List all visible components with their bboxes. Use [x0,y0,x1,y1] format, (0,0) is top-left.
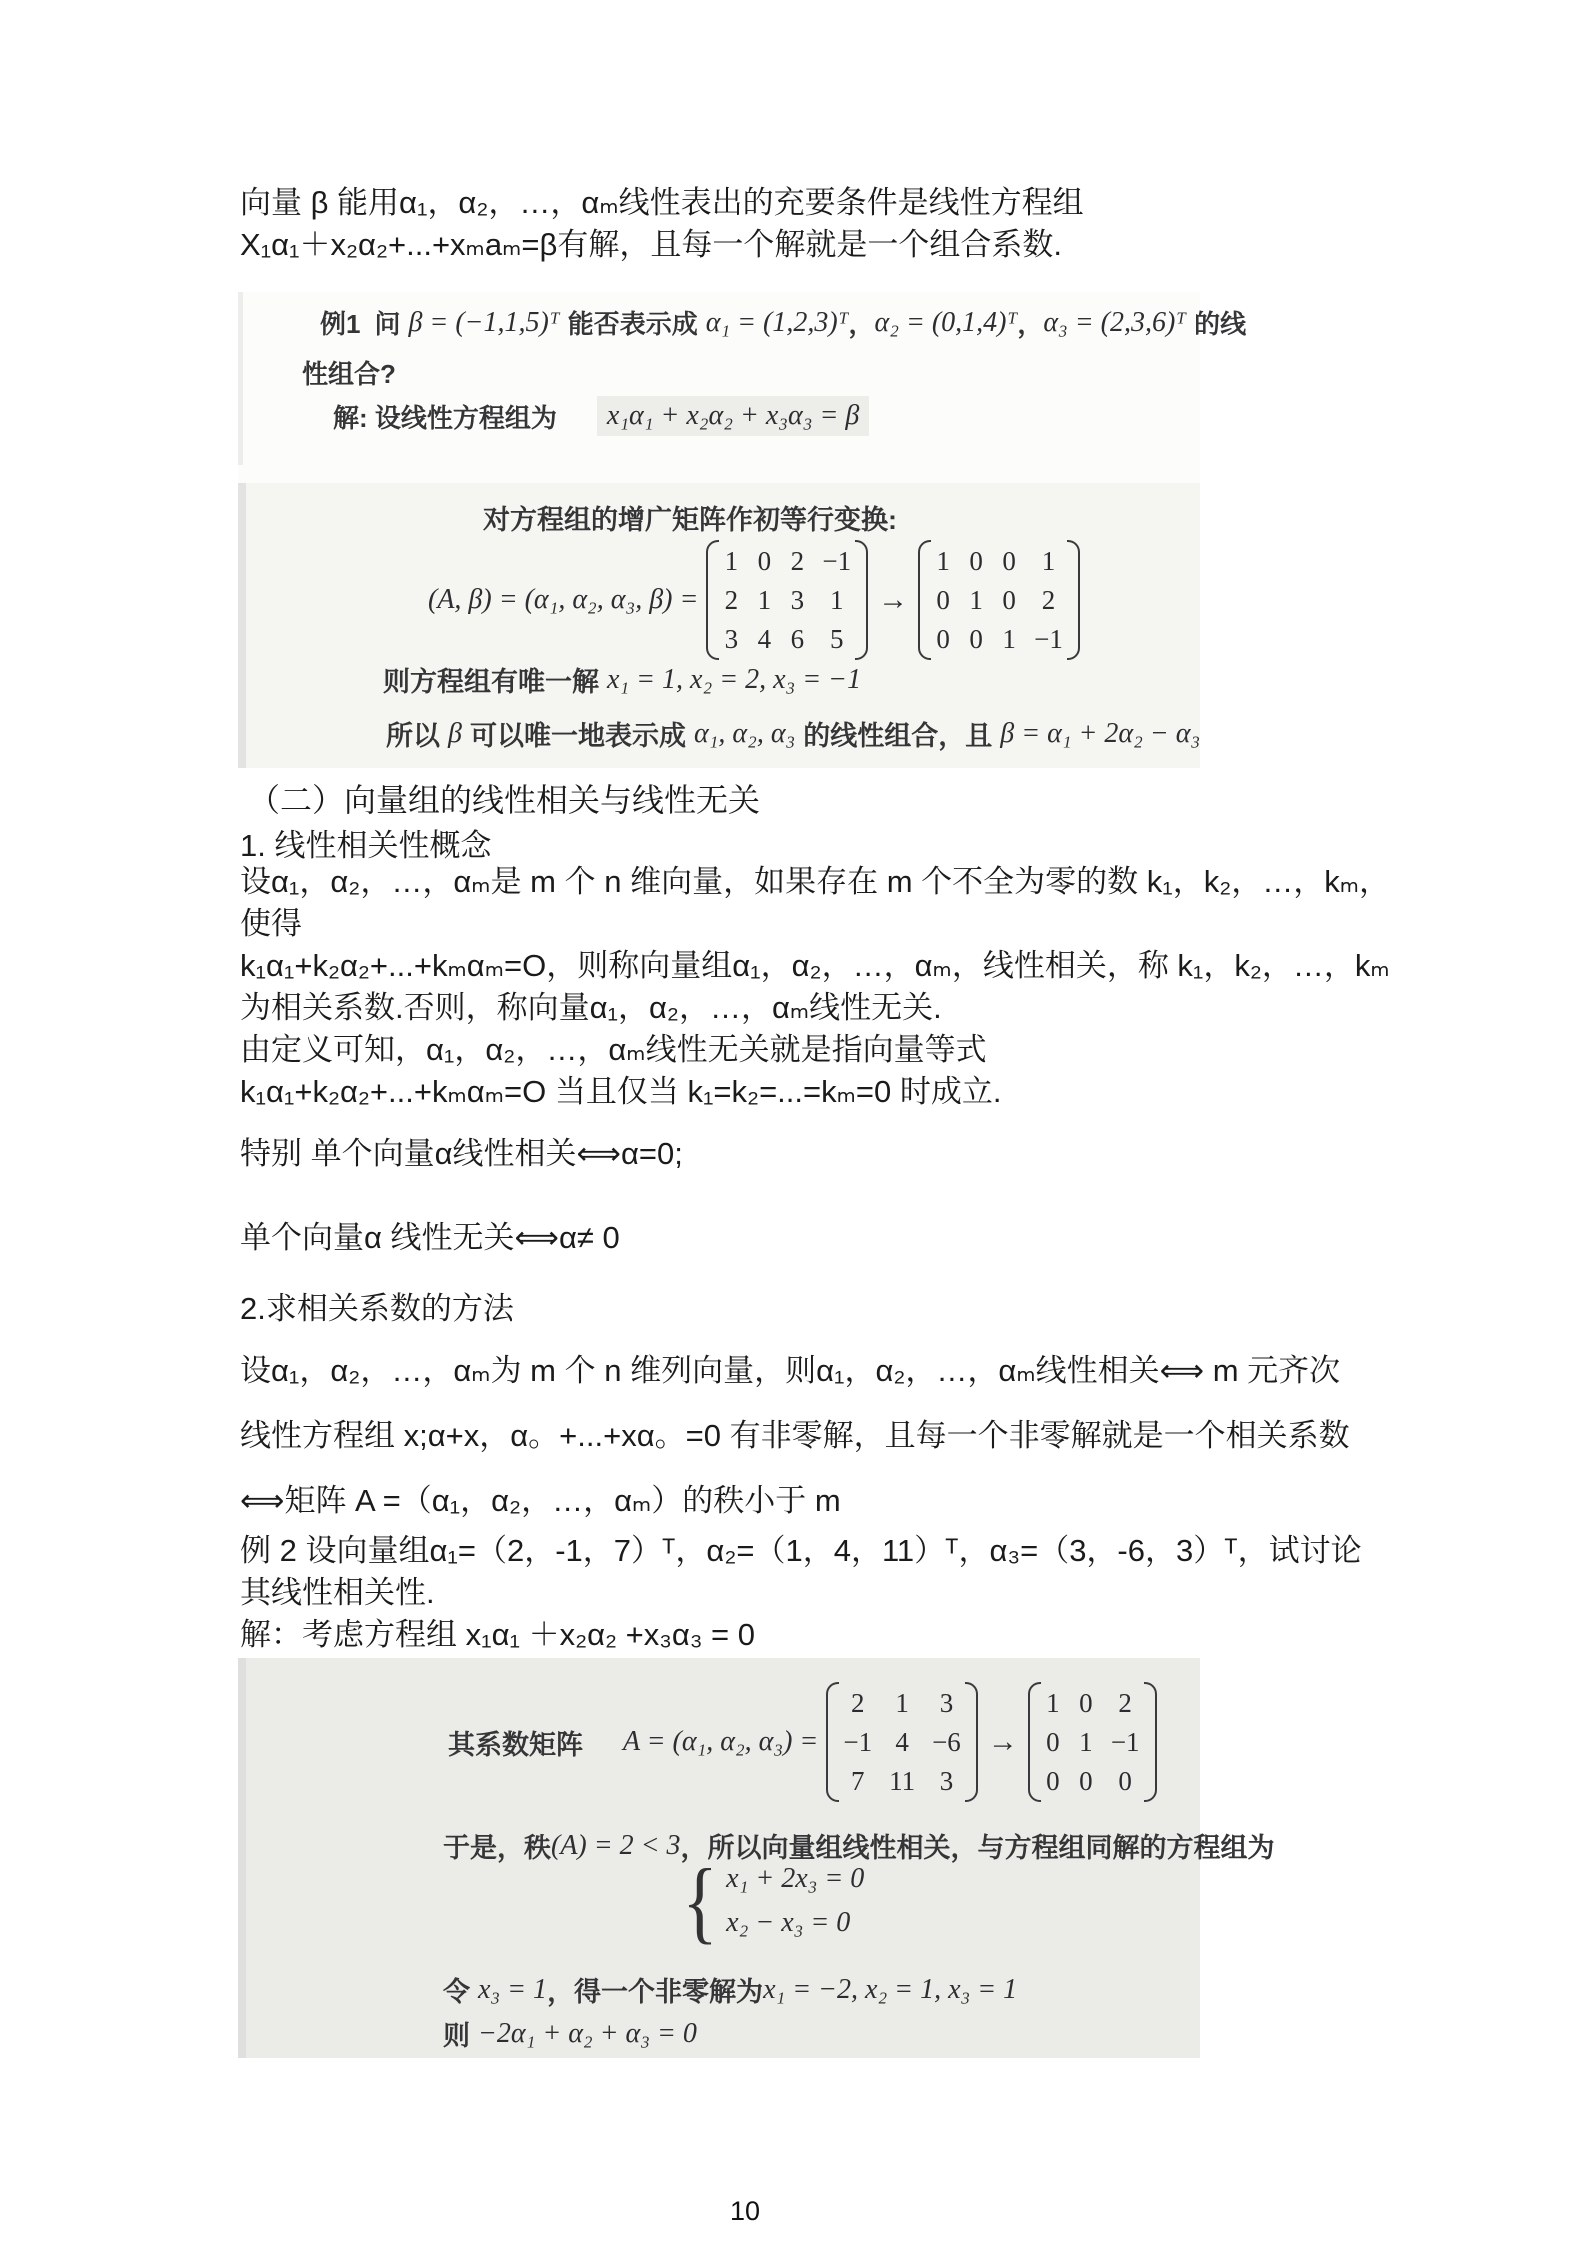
ex2-system-eq2: x₂ − x₃ = 0 [726,1907,864,1939]
ex2-solution-intro: 解：考虑方程组 x₁α₁ ＋x₂α₂ +x₃α₃ = 0 [240,1614,1362,1656]
matrix-cell: 1 [1001,624,1017,654]
ex2-system-eq1: x₁ + 2x₃ = 0 [726,1863,864,1895]
ex1-label: 例1 [320,304,360,341]
matrix-cell: 0 [1001,585,1017,615]
ex2-then-line: 则 −2α₁ + α₂ + α₃ = 0 [443,2014,697,2053]
section2-heading: （二）向量组的线性相关与线性无关 [248,775,760,821]
paragraph-line: 使得 [240,903,1390,945]
ex2-then-pre: 则 [443,2014,470,2053]
ex1-concl-beta: β [448,718,462,750]
ex1-concl-text3: 的线性组合，且 [803,714,992,753]
ex1-beta-vector: β = (−1,1,5)ᵀ [408,307,559,339]
arrow-right-icon: → [988,1725,1018,1759]
matrix-cell: 0 [1001,546,1017,576]
matrix-cell: −1 [1034,624,1063,654]
ex1-alpha2-vector: α₂ = (0,1,4)ᵀ [875,307,1018,339]
paragraph-line: 由定义可知，α₁，α₂，…，αₘ线性无关就是指向量等式 [240,1029,1390,1071]
paragraph-line: 设α₁，α₂，…，αₘ是 m 个 n 维向量，如果存在 m 个不全为零的数 k₁… [240,861,1390,903]
ex1-ask: 问 [374,304,400,341]
matrix-cell: 2 [843,1688,872,1718]
ex2-let-line: 令 x₃ = 1 ，得一个非零解为 x₁ = −2, x₂ = 1, x₃ = … [443,1970,1017,2009]
ex1-solution-label: 解: 设线性方程组为 [333,398,557,435]
arrow-right-icon: → [878,583,908,617]
special-case-line2: 单个向量α 线性无关⟺α≠ 0 [240,1212,620,1257]
ex2-rank-math: (A) = 2 < 3 [551,1830,681,1862]
ex1-conclusion-line: 所以 β 可以唯一地表示成 α₁, α₂, α₃ 的线性组合，且 β = α₁ … [386,714,1200,753]
ex1-question-line2: 性组合? [302,354,396,391]
matrix-cell: 1 [1078,1727,1094,1757]
matrix-cell: 7 [843,1766,872,1796]
ex2-let-solution: x₁ = −2, x₂ = 1, x₃ = 1 [763,1974,1017,2006]
matrix-cell: 0 [935,624,951,654]
dependence-definition-paragraph: 设α₁，α₂，…，αₘ是 m 个 n 维向量，如果存在 m 个不全为零的数 k₁… [240,861,1390,1113]
section2-sub1: 1. 线性相关性概念 [240,820,491,865]
matrix-cell: 5 [822,624,851,654]
ex2-question-line1: 例 2 设向量组α₁=（2，-1，7）ᵀ，α₂=（1，4，11）ᵀ，α₃=（3，… [240,1530,1362,1572]
left-brace-icon: { [682,1861,717,1941]
matrix-cell: −1 [822,546,851,576]
ex1-tail-text: 的线 [1194,304,1246,341]
ex1-comma1: ， [849,304,875,341]
matrix-cell: 2 [789,546,805,576]
ex2-rank-pre: 于是，秩 [443,1826,551,1865]
ex1-rowop-line: 对方程组的增广矩阵作初等行变换: [483,498,897,537]
ex2-rank-line: 于是，秩 (A) = 2 < 3 ，所以向量组线性相关，与方程组同解的方程组为 [443,1826,1275,1865]
matrix-cell: 1 [1034,546,1063,576]
matrix-cell: 0 [1078,1766,1094,1796]
ex1-question-wrap: 性组合? [302,354,396,391]
matrix-cell: −1 [843,1727,872,1757]
method-paragraph: 设α₁，α₂，…，αₘ为 m 个 n 维列向量，则α₁，α₂，…，αₘ线性相关⟺… [240,1338,1350,1533]
matrix-cell: 1 [968,585,984,615]
ex2-matrix-after: 102 01−1 000 [1028,1680,1157,1804]
ex1-unique-label: 则方程组有唯一解 [383,660,599,699]
intro-line-1: 向量 β 能用α₁，α₂，…，αₘ线性表出的充要条件是线性方程组 [240,182,1084,224]
matrix-cell: 0 [1078,1688,1094,1718]
ex1-matrix-after: 1001 0102 001−1 [918,538,1080,662]
paragraph-line: k₁α₁+k₂α₂+...+kₘαₘ=O 当且仅当 k₁=k₂=...=kₘ=0… [240,1071,1390,1113]
paragraph-line: k₁α₁+k₂α₂+...+kₘαₘ=O，则称向量组α₁，α₂，…，αₘ，线性相… [240,945,1390,987]
scan-figure-example1: 例1 问 β = (−1,1,5)ᵀ 能否表示成 α₁ = (1,2,3)ᵀ ，… [238,292,1200,768]
ex2-question-line2: 其线性相关性. [240,1572,1362,1614]
matrix-cell: 6 [789,624,805,654]
matrix-cell: 0 [1045,1766,1061,1796]
matrix-cell: 1 [889,1688,915,1718]
ex1-alpha3-vector: α₃ = (2,3,6)ᵀ [1043,307,1186,339]
matrix-cell: 2 [1034,585,1063,615]
ex2-coef-lhs: A = (α₁, α₂, α₃) = [623,1726,818,1758]
page-number: 10 [700,2196,790,2227]
special-case-line1: 特别 单个向量α线性相关⟺α=0; [240,1128,683,1173]
matrix-cell: 2 [723,585,739,615]
matrix-cell: 1 [723,546,739,576]
ex1-question-line1: 例1 问 β = (−1,1,5)ᵀ 能否表示成 α₁ = (1,2,3)ᵀ ，… [320,304,1246,341]
paragraph-line: ⟺矩阵 A =（α₁，α₂，…，αₘ）的秩小于 m [240,1468,1350,1533]
matrix-cell: 2 [1111,1688,1140,1718]
ex1-unique-solution-line: 则方程组有唯一解 x₁ = 1, x₂ = 2, x₃ = −1 [383,660,861,699]
ex1-concl-text2: 可以唯一地表示成 [470,714,686,753]
document-page: 向量 β 能用α₁，α₂，…，αₘ线性表出的充要条件是线性方程组 X₁α₁＋x₂… [0,0,1587,2245]
matrix-cell: 4 [756,624,772,654]
matrix-cell: 0 [1045,1727,1061,1757]
scan1-vertical-bar-top [238,292,243,465]
scan1-vertical-bar-bottom [238,483,246,768]
matrix-cell: 3 [723,624,739,654]
matrix-cell: 3 [932,1688,961,1718]
matrix-cell: 0 [756,546,772,576]
ex1-concl-text1: 所以 [386,714,440,753]
ex2-matrix-before: 213 −14−6 7113 [826,1680,977,1804]
matrix-cell: 11 [889,1766,915,1796]
paragraph-line: 设α₁，α₂，…，αₘ为 m 个 n 维列向量，则α₁，α₂，…，αₘ线性相关⟺… [240,1338,1350,1403]
ex1-augmented-lhs: (A, β) = (α₁, α₂, α₃, β) = [428,584,698,616]
ex2-coef-label: 其系数矩阵 [448,1723,583,1762]
scan2-vertical-bar [238,1658,246,2058]
matrix-cell: 4 [889,1727,915,1757]
paragraph-line: 为相关系数.否则，称向量α₁，α₂，…，αₘ线性无关. [240,987,1390,1029]
ex2-let-math: x₃ = 1 [478,1974,547,2006]
ex2-rank-post: ，所以向量组线性相关，与方程组同解的方程组为 [681,1826,1275,1865]
ex2-equation-system: { x₁ + 2x₃ = 0 x₂ − x₃ = 0 [678,1861,864,1941]
intro-paragraph: 向量 β 能用α₁，α₂，…，αₘ线性表出的充要条件是线性方程组 X₁α₁＋x₂… [240,182,1084,266]
matrix-cell: 0 [1111,1766,1140,1796]
ex2-system-equations: x₁ + 2x₃ = 0 x₂ − x₃ = 0 [726,1863,864,1939]
ex1-alpha1-vector: α₁ = (1,2,3)ᵀ [706,307,849,339]
matrix-cell: 0 [968,546,984,576]
scan-figure-example2: 其系数矩阵 A = (α₁, α₂, α₃) = 213 −14−6 7113 … [238,1658,1200,2058]
ex1-unique-values: x₁ = 1, x₂ = 2, x₃ = −1 [607,664,861,696]
matrix-cell: −6 [932,1727,961,1757]
ex2-then-equation: −2α₁ + α₂ + α₃ = 0 [478,2018,697,2050]
ex1-concl-alphas: α₁, α₂, α₃ [694,718,795,750]
matrix-cell: 1 [756,585,772,615]
matrix-cell: 1 [822,585,851,615]
ex2-let-pre: 令 [443,1970,470,2009]
ex1-concl-equation: β = α₁ + 2α₂ − α₃ [1000,718,1200,750]
example2-statement: 例 2 设向量组α₁=（2，-1，7）ᵀ，α₂=（1，4，11）ᵀ，α₃=（3，… [240,1530,1362,1656]
ex2-let-mid: ，得一个非零解为 [547,1970,763,2009]
section2-sub2: 2.求相关系数的方法 [240,1283,514,1328]
intro-line-2: X₁α₁＋x₂α₂+...+xₘaₘ=β有解，且每一个解就是一个组合系数. [240,224,1084,266]
matrix-cell: 1 [935,546,951,576]
ex1-comma2: ， [1017,304,1043,341]
ex1-system-equation: x₁α₁ + x₂α₂ + x₃α₃ = β [597,396,869,436]
matrix-cell: −1 [1111,1727,1140,1757]
matrix-cell: 0 [968,624,984,654]
ex1-mid-text: 能否表示成 [568,304,698,341]
ex1-augmented-matrix-line: (A, β) = (α₁, α₂, α₃, β) = 102−1 2131 34… [428,538,1080,662]
ex1-matrix-before: 102−1 2131 3465 [706,538,868,662]
ex1-rowop-text: 对方程组的增广矩阵作初等行变换: [483,498,897,537]
matrix-cell: 3 [789,585,805,615]
paragraph-line: 线性方程组 x;α+x，α。+...+xα。=0 有非零解，且每一个非零解就是一… [240,1403,1350,1468]
matrix-cell: 3 [932,1766,961,1796]
matrix-cell: 0 [935,585,951,615]
matrix-cell: 1 [1045,1688,1061,1718]
ex1-solution-line: 解: 设线性方程组为 x₁α₁ + x₂α₂ + x₃α₃ = β [333,396,869,436]
ex2-coefficient-matrix-line: 其系数矩阵 A = (α₁, α₂, α₃) = 213 −14−6 7113 … [448,1680,1157,1804]
